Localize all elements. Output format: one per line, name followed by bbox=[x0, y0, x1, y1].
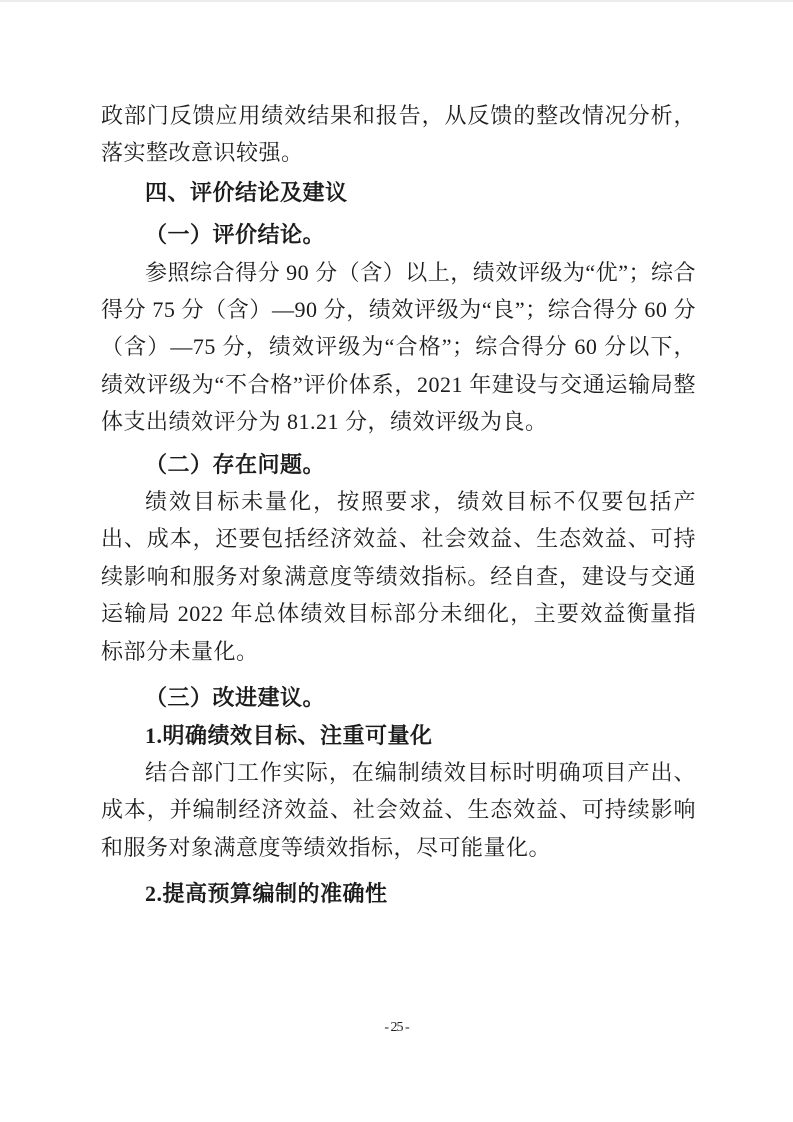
paragraph-evaluation-conclusion: 参照综合得分 90 分（含）以上，绩效评级为“优”；综合得分 75 分（含）—9… bbox=[101, 254, 696, 441]
paragraph-feedback-rectification-continuation: 政部门反馈应用绩效结果和报告，从反馈的整改情况分析，落实整改意识较强。 bbox=[101, 97, 696, 172]
subsection-heading-evaluation-conclusion: （一）评价结论。 bbox=[101, 216, 696, 253]
numbered-heading-improve-budget-accuracy: 2.提高预算编制的准确性 bbox=[101, 875, 696, 912]
document-page: 政部门反馈应用绩效结果和报告，从反馈的整改情况分析，落实整改意识较强。 四、评价… bbox=[0, 0, 793, 1122]
subsection-heading-existing-problems: （二）存在问题。 bbox=[101, 446, 696, 483]
paragraph-clarify-performance-targets: 结合部门工作实际，在编制绩效目标时明确项目产出、成本，并编制经济效益、社会效益、… bbox=[101, 754, 696, 866]
numbered-heading-clarify-performance-targets: 1.明确绩效目标、注重可量化 bbox=[101, 717, 696, 754]
paragraph-existing-problems: 绩效目标未量化，按照要求，绩效目标不仅要包括产出、成本，还要包括经济效益、社会效… bbox=[101, 483, 696, 670]
subsection-heading-improvement-suggestions: （三）改进建议。 bbox=[101, 679, 696, 716]
page-number: - 25 - bbox=[0, 1020, 793, 1036]
document-body: 政部门反馈应用绩效结果和报告，从反馈的整改情况分析，落实整改意识较强。 四、评价… bbox=[101, 97, 696, 913]
section-heading-conclusion-and-suggestions: 四、评价结论及建议 bbox=[101, 174, 696, 211]
